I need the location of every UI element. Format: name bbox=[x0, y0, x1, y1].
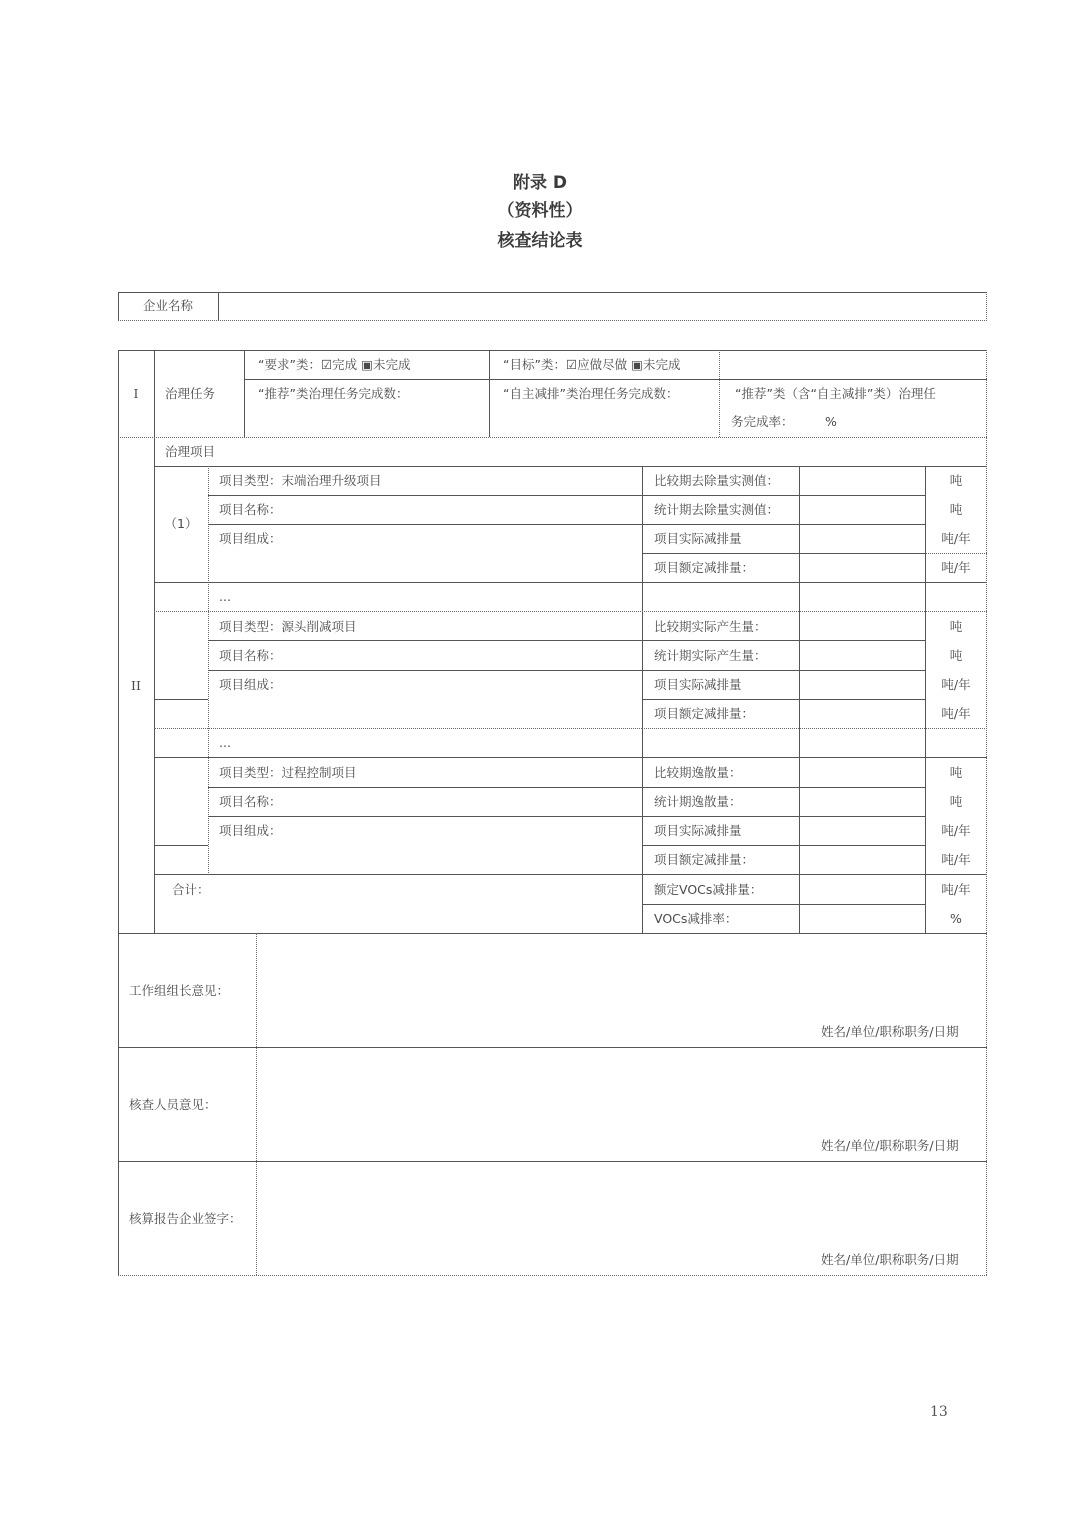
project-1-composition[interactable]: 项目组成： bbox=[219, 531, 282, 547]
section-2-index: II bbox=[118, 678, 154, 694]
project-2-metric-label: 比较期实际产生量： bbox=[654, 619, 767, 635]
unit-label: 吨/年 bbox=[925, 677, 987, 693]
page-title: 核查结论表 bbox=[0, 226, 1080, 251]
unit-label: 吨 bbox=[925, 502, 987, 518]
project-1-metric-label: 项目额定减排量： bbox=[654, 560, 754, 576]
project-2-type: 项目类型：源头削减项目 bbox=[219, 619, 357, 635]
project-2-metric-label: 统计期实际产生量： bbox=[654, 648, 767, 664]
unit-label: 吨/年 bbox=[925, 560, 987, 576]
required-type-status[interactable]: “要求”类：☑完成 ▣未完成 bbox=[258, 357, 410, 373]
project-3-metric-value[interactable] bbox=[801, 789, 923, 815]
unit-label: 吨/年 bbox=[925, 823, 987, 839]
recommended-rate-label: “推荐”类（含“自主减排”类）治理任 bbox=[735, 386, 936, 402]
appendix-nature: （资料性） bbox=[0, 196, 1080, 221]
section-2-header: 治理项目 bbox=[165, 444, 215, 460]
recommended-count-label: “推荐”类治理任务完成数： bbox=[258, 386, 408, 402]
percent-sign: % bbox=[825, 414, 837, 430]
project-1-metric-value[interactable] bbox=[801, 497, 923, 523]
project-2-metric-value[interactable] bbox=[801, 701, 923, 727]
project-2-metric-value[interactable] bbox=[801, 672, 923, 698]
verifier-opinion-label: 核查人员意见： bbox=[129, 1097, 217, 1113]
unit-label: 吨/年 bbox=[925, 706, 987, 722]
unit-label: 吨/年 bbox=[925, 531, 987, 547]
project-2-metric-value[interactable] bbox=[801, 642, 923, 668]
section-1-label: 治理任务 bbox=[165, 386, 215, 402]
project-3-metric-label: 项目实际减排量 bbox=[654, 823, 742, 839]
project-2-metric-label: 项目实际减排量 bbox=[654, 677, 742, 693]
project-2-metric-label: 项目额定减排量： bbox=[654, 706, 754, 722]
project-1-metric-value[interactable] bbox=[801, 468, 923, 494]
project-2-composition[interactable]: 项目组成： bbox=[219, 677, 282, 693]
total-metric-label: VOCs减排率： bbox=[654, 911, 737, 927]
total-label: 合计： bbox=[172, 882, 210, 898]
target-type-status[interactable]: “目标”类：☑应做尽做 ▣未完成 bbox=[503, 357, 680, 373]
project-3-metric-value[interactable] bbox=[801, 847, 923, 873]
unit-label: 吨/年 bbox=[925, 852, 987, 868]
voluntary-count-label: “自主减排”类治理任务完成数： bbox=[503, 386, 678, 402]
ellipsis: ... bbox=[219, 735, 231, 751]
project-1-metric-label: 比较期去除量实测值： bbox=[654, 473, 779, 489]
project-3-metric-label: 比较期逸散量： bbox=[654, 765, 742, 781]
project-1-metric-value[interactable] bbox=[801, 555, 923, 581]
unit-label: 吨 bbox=[925, 619, 987, 635]
project-1-metric-label: 统计期去除量实测值： bbox=[654, 502, 779, 518]
project-3-name[interactable]: 项目名称： bbox=[219, 794, 282, 810]
signature-hint: 姓名/单位/职称职务/日期 bbox=[821, 1024, 959, 1040]
company-signature-label: 核算报告企业签字： bbox=[129, 1211, 242, 1227]
unit-label: 吨 bbox=[925, 794, 987, 810]
unit-label: 吨 bbox=[925, 765, 987, 781]
company-name-field[interactable] bbox=[220, 294, 984, 319]
project-3-composition[interactable]: 项目组成： bbox=[219, 823, 282, 839]
recommended-rate-label-cont: 务完成率： bbox=[731, 414, 794, 430]
total-metric-label: 额定VOCs减排量： bbox=[654, 882, 762, 898]
project-3-metric-value[interactable] bbox=[801, 759, 923, 785]
project-3-metric-value[interactable] bbox=[801, 818, 923, 844]
unit-label: 吨 bbox=[925, 648, 987, 664]
signature-hint: 姓名/单位/职称职务/日期 bbox=[821, 1138, 959, 1154]
project-1-name[interactable]: 项目名称： bbox=[219, 502, 282, 518]
company-name-label: 企业名称 bbox=[118, 298, 218, 314]
project-1-metric-label: 项目实际减排量 bbox=[654, 531, 742, 547]
project-1-index: （1） bbox=[154, 516, 208, 532]
ellipsis: ... bbox=[219, 589, 231, 605]
total-voc-reduction-value[interactable] bbox=[801, 876, 923, 902]
project-2-metric-value[interactable] bbox=[801, 613, 923, 639]
project-2-name[interactable]: 项目名称： bbox=[219, 648, 282, 664]
unit-label: 吨 bbox=[925, 473, 987, 489]
team-leader-opinion-label: 工作组组长意见： bbox=[129, 983, 229, 999]
signature-hint: 姓名/单位/职称职务/日期 bbox=[821, 1252, 959, 1268]
project-3-type: 项目类型：过程控制项目 bbox=[219, 765, 357, 781]
appendix-label: 附录 D bbox=[0, 168, 1080, 193]
project-3-metric-label: 统计期逸散量： bbox=[654, 794, 742, 810]
project-1-metric-value[interactable] bbox=[801, 526, 923, 552]
section-1-index: I bbox=[118, 386, 154, 402]
project-3-metric-label: 项目额定减排量： bbox=[654, 852, 754, 868]
unit-label: % bbox=[925, 911, 987, 927]
voc-reduction-rate-value[interactable] bbox=[801, 906, 923, 932]
unit-label: 吨/年 bbox=[925, 882, 987, 898]
project-1-type: 项目类型：末端治理升级项目 bbox=[219, 473, 382, 489]
page-number: 13 bbox=[930, 1404, 948, 1420]
